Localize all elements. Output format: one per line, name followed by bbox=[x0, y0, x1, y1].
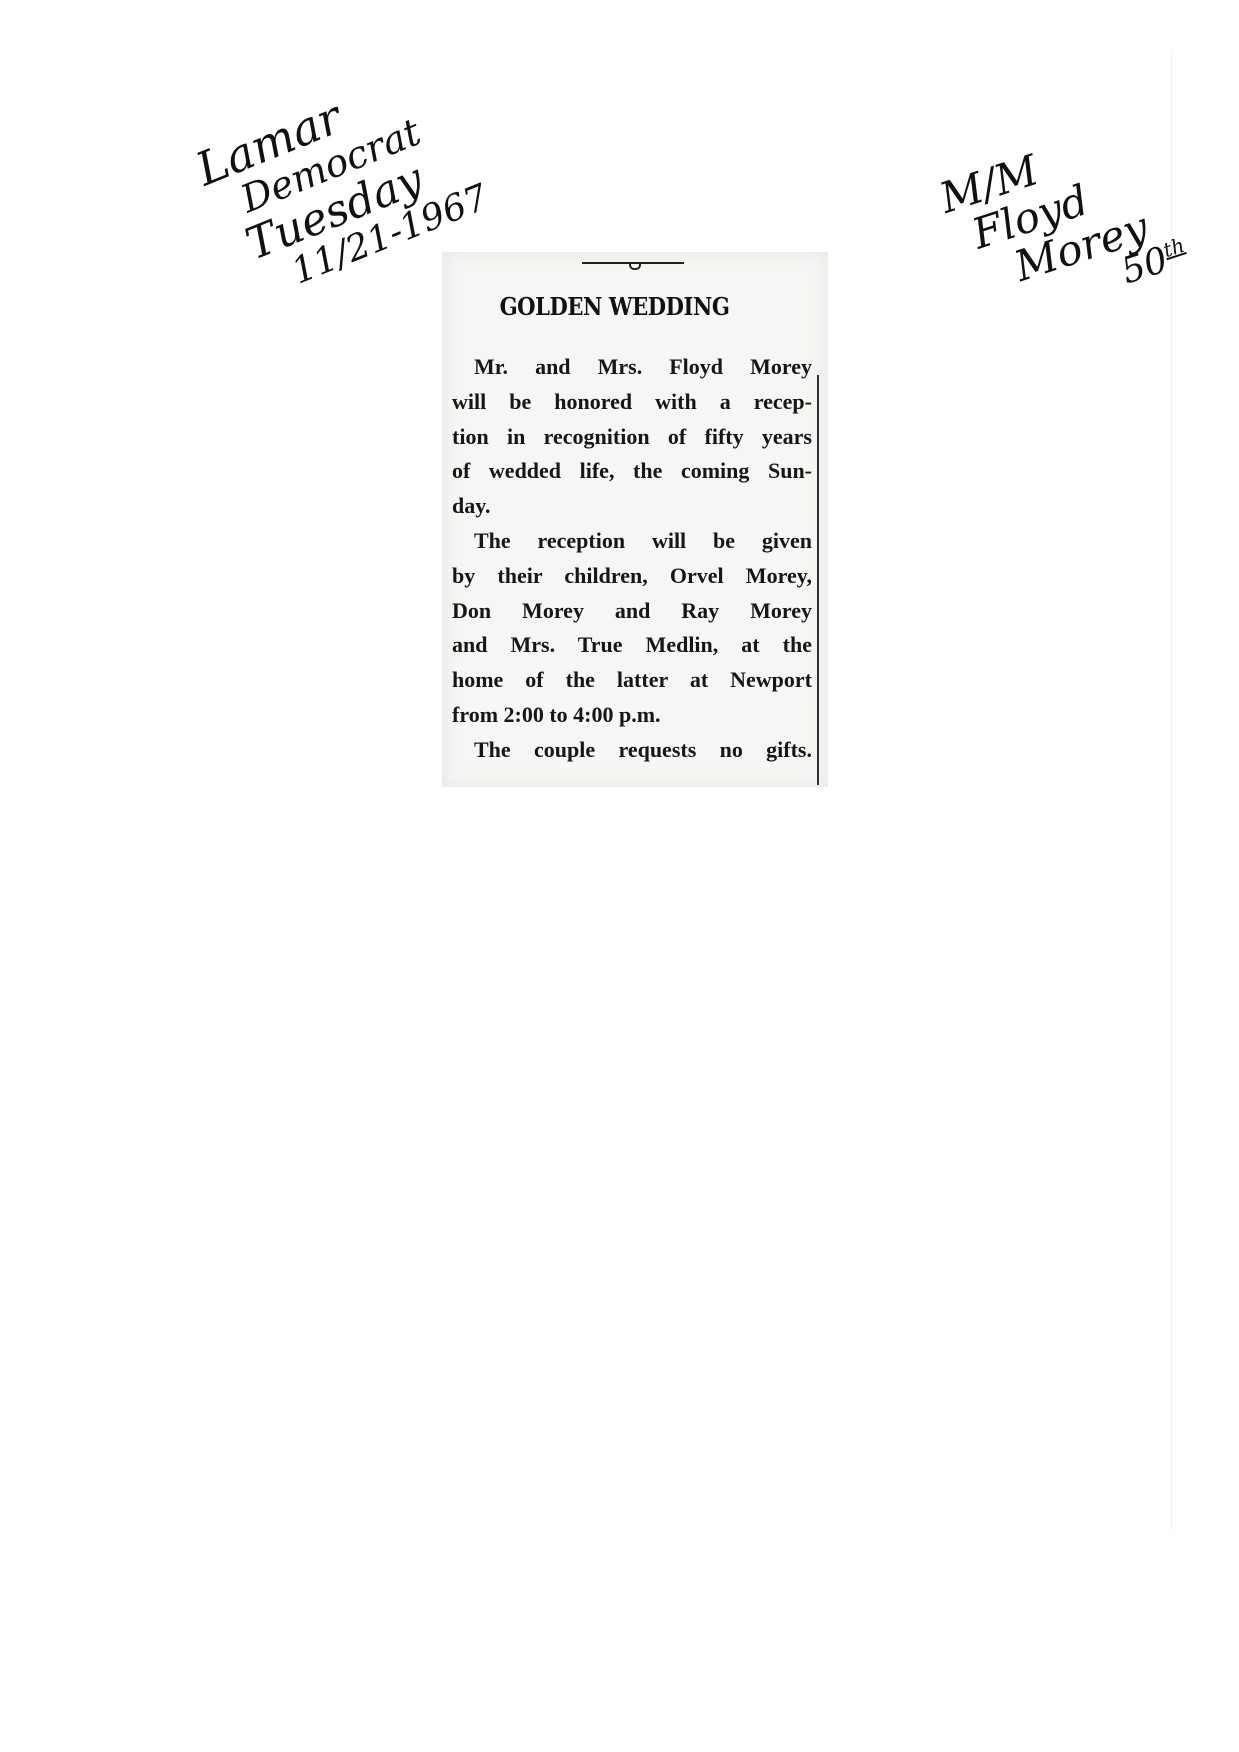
article-line: home of the latter at Newport bbox=[452, 663, 812, 698]
article-line: and Mrs. True Medlin, at the bbox=[452, 628, 812, 663]
article-body: Mr. and Mrs. Floyd Morey will be honored… bbox=[452, 350, 812, 768]
article-line: Mr. and Mrs. Floyd Morey bbox=[452, 350, 812, 385]
article-line: The reception will be given bbox=[452, 524, 812, 559]
article-line: Don Morey and Ray Morey bbox=[452, 594, 812, 629]
article-line: of wedded life, the coming Sun- bbox=[452, 454, 812, 489]
newspaper-clipping: GOLDEN WEDDING Mr. and Mrs. Floyd Morey … bbox=[442, 252, 828, 787]
article-line: tion in recognition of fifty years bbox=[452, 420, 812, 455]
column-rule bbox=[817, 375, 819, 785]
article-line: The couple requests no gifts. bbox=[452, 733, 812, 768]
article-line: from 2:00 to 4:00 p.m. bbox=[452, 698, 812, 733]
handwritten-subject-note: M/M Floyd Morey 50th bbox=[935, 113, 1192, 337]
clipping-headline: GOLDEN WEDDING bbox=[463, 292, 767, 321]
article-line: by their children, Orvel Morey, bbox=[452, 559, 812, 594]
article-line: day. bbox=[452, 489, 812, 524]
divider-ornament-icon bbox=[629, 262, 641, 270]
article-line: will be honored with a recep- bbox=[452, 385, 812, 420]
